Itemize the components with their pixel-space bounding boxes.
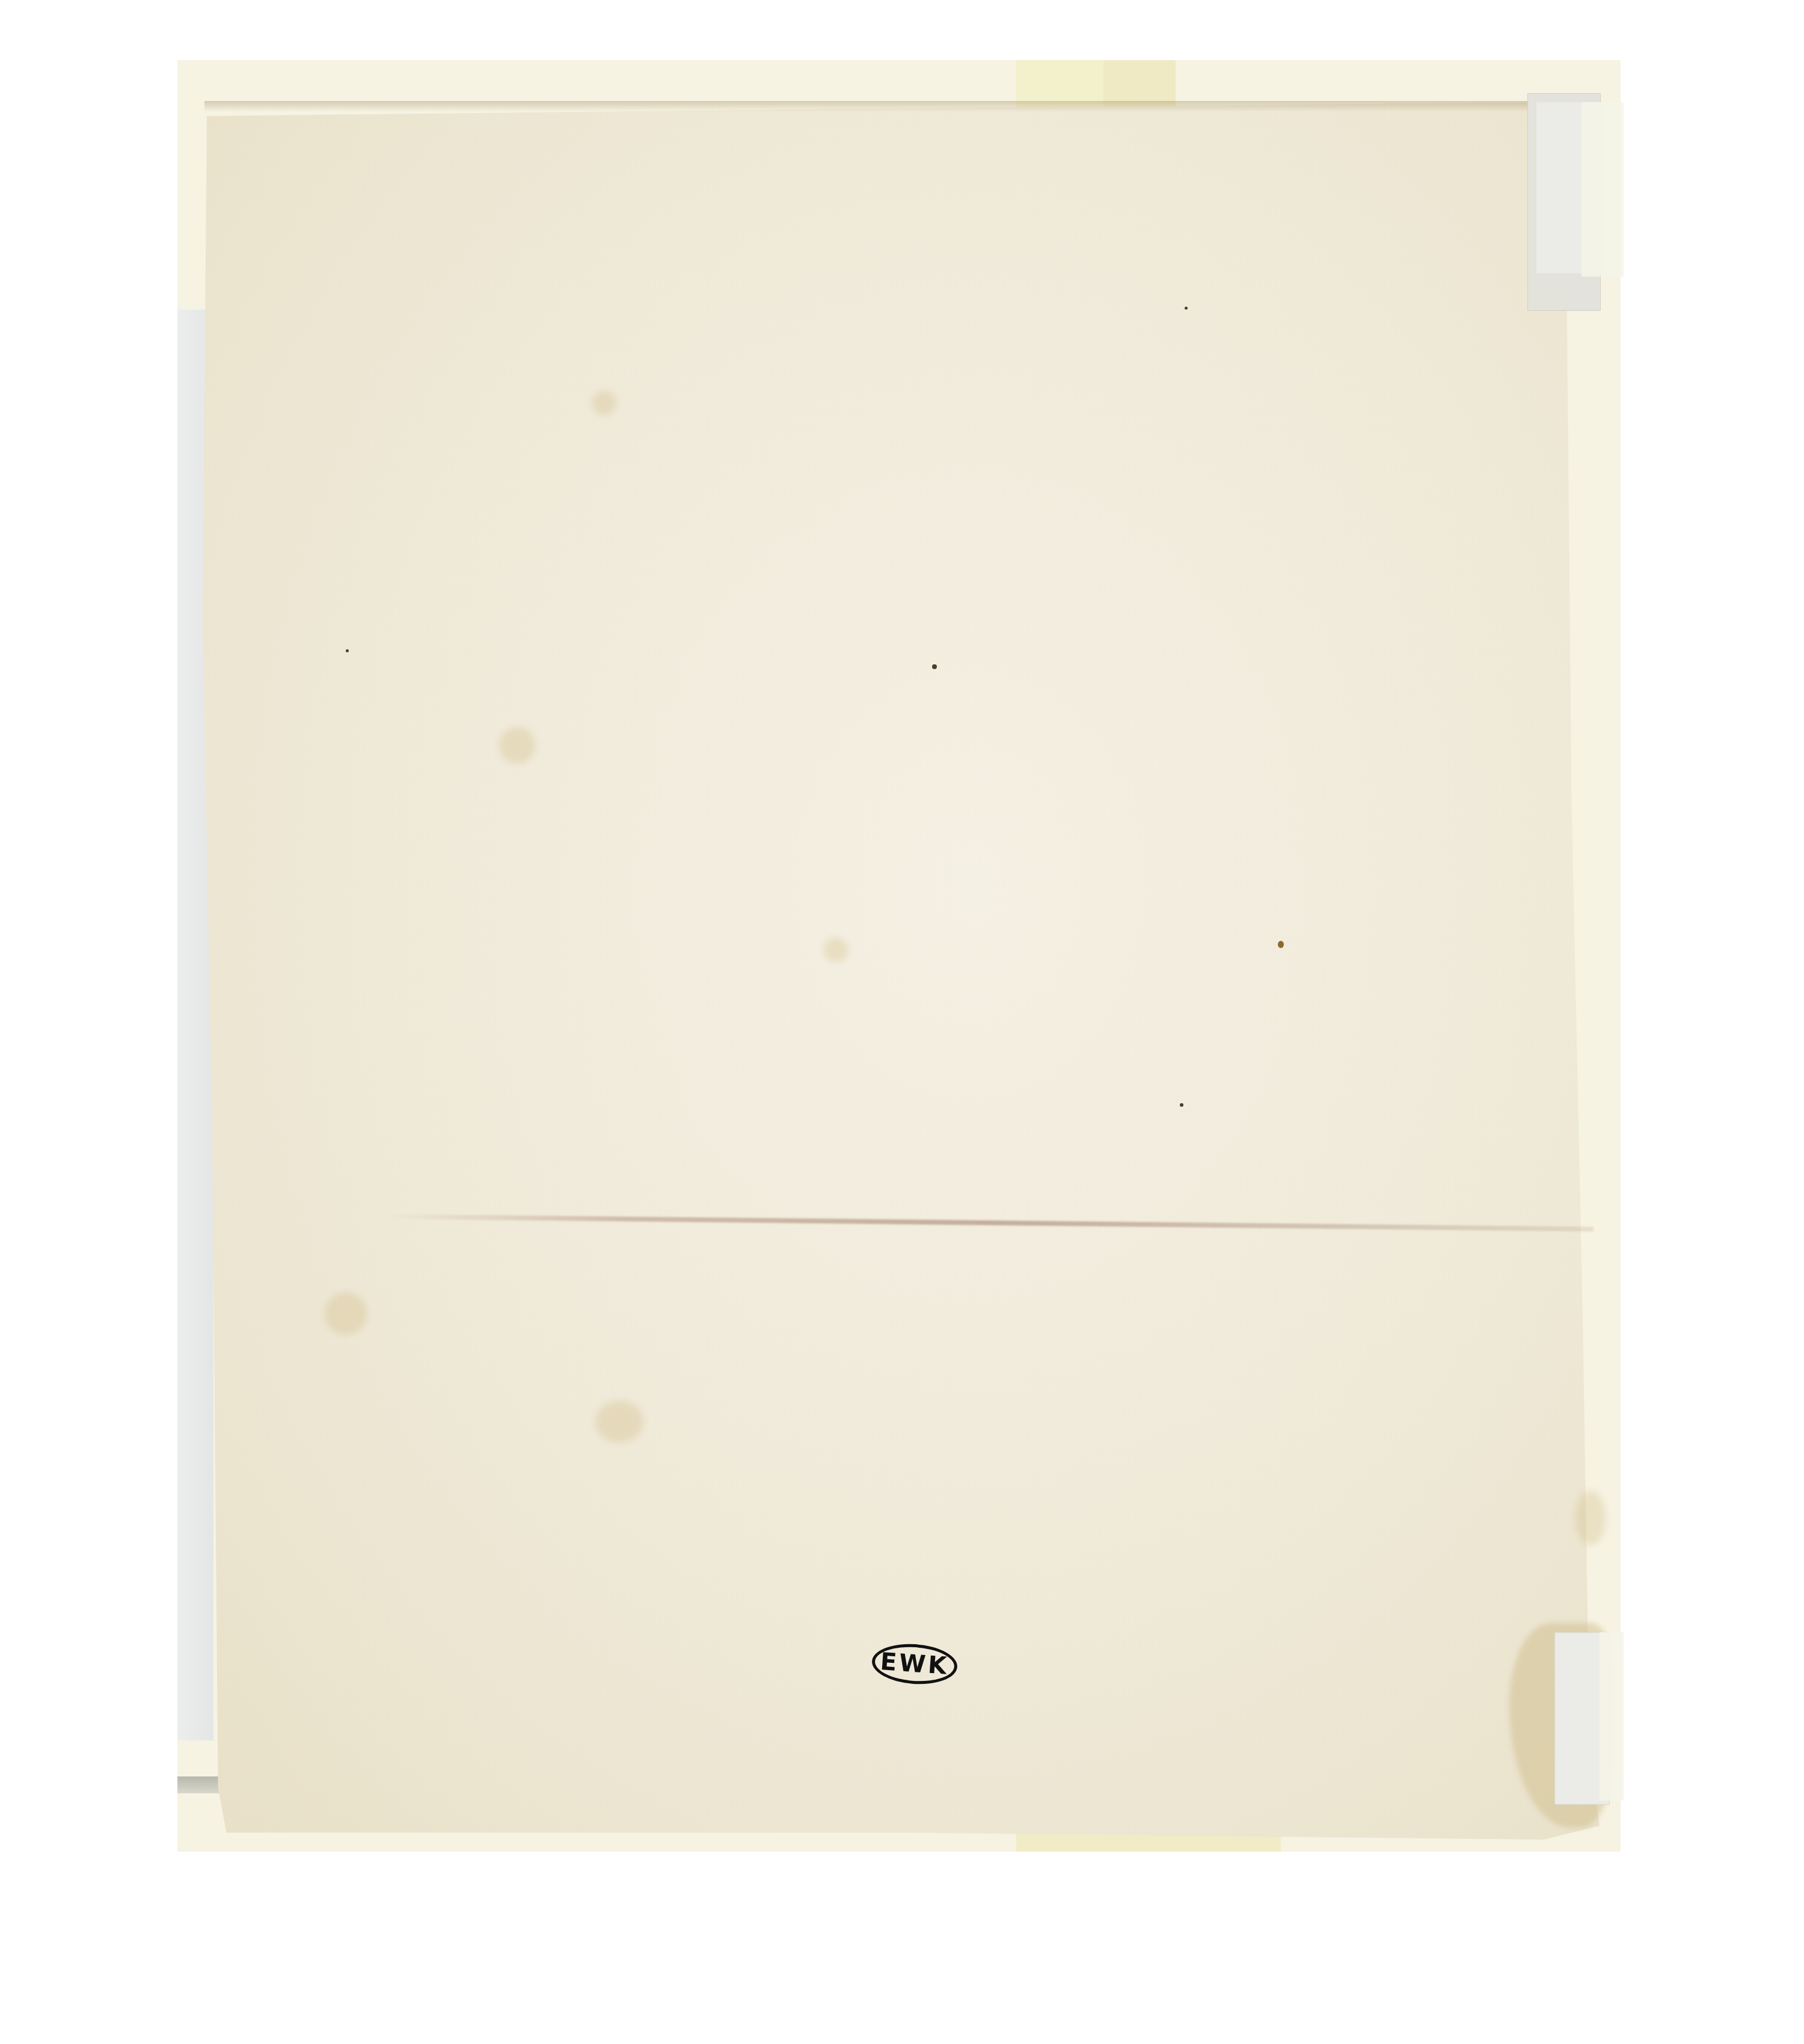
foxing-stain xyxy=(325,1293,367,1335)
ink-speck xyxy=(1278,941,1284,948)
foxing-stain xyxy=(499,727,535,763)
foxing-stain xyxy=(824,938,848,962)
ink-speck xyxy=(932,664,937,669)
foxing-stain xyxy=(592,391,616,415)
hinge-tape-bottom-translucent xyxy=(1600,1632,1624,1801)
foxing-stain xyxy=(595,1401,643,1443)
ink-speck xyxy=(1185,307,1188,310)
ink-speck xyxy=(1180,1103,1183,1107)
sheet-top-edge-discoloration xyxy=(204,101,1527,112)
stamp-text: EWK xyxy=(880,1650,950,1678)
ink-speck xyxy=(346,649,349,652)
paper-sheet xyxy=(198,102,1600,1840)
hinge-tape-top-translucent xyxy=(1582,102,1624,277)
foxing-stain xyxy=(1575,1491,1606,1545)
